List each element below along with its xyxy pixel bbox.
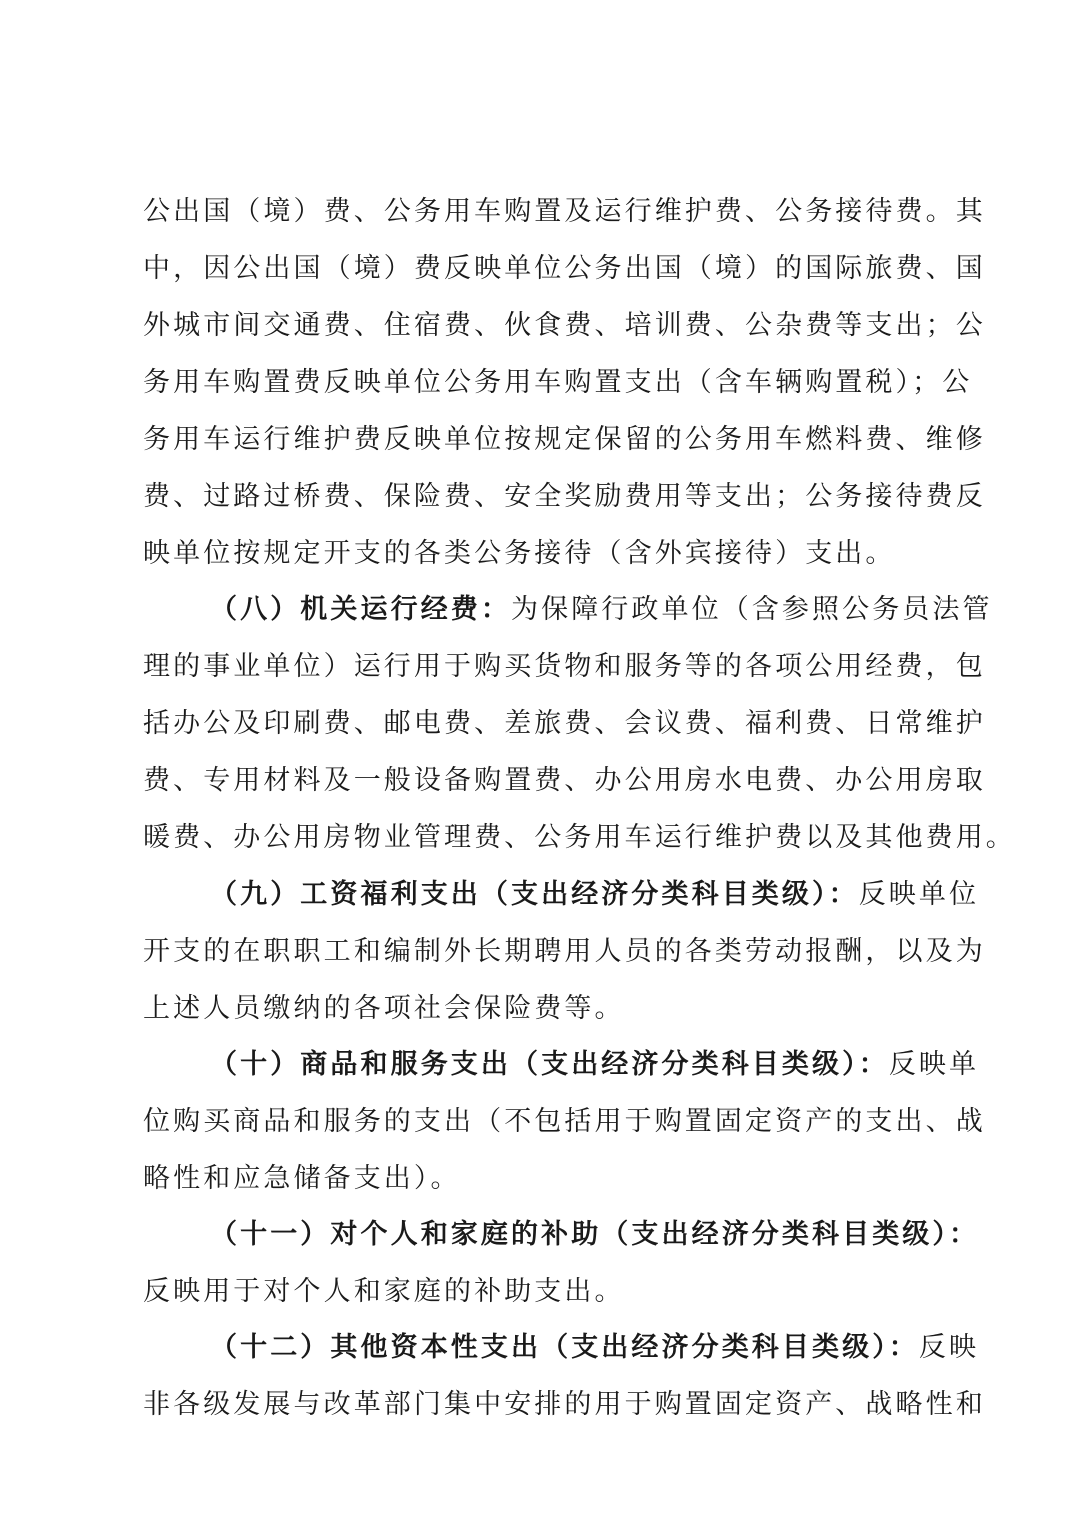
paragraph-line: 费、专用材料及一般设备购置费、办公用房水电费、办公用房取 — [143, 761, 943, 801]
section-heading: （九）工资福利支出（支出经济分类科目类级）： — [210, 879, 859, 910]
paragraph-line: 开支的在职职工和编制外长期聘用人员的各类劳动报酬，以及为 — [143, 932, 943, 972]
paragraph-line: 括办公及印刷费、邮电费、差旅费、会议费、福利费、日常维护 — [143, 704, 943, 744]
paragraph-line: 上述人员缴纳的各项社会保险费等。 — [143, 989, 943, 1029]
section-text: 反映 — [919, 1332, 979, 1363]
section-9-first-line: （九）工资福利支出（支出经济分类科目类级）：反映单位 — [210, 875, 943, 915]
section-text: 反映单位 — [859, 879, 979, 910]
section-heading: （十二）其他资本性支出（支出经济分类科目类级）： — [210, 1332, 919, 1363]
section-8-first-line: （八）机关运行经费：为保障行政单位（含参照公务员法管 — [210, 590, 943, 630]
paragraph-line: 务用车运行维护费反映单位按规定保留的公务用车燃料费、维修 — [143, 420, 943, 460]
paragraph-line: 反映用于对个人和家庭的补助支出。 — [143, 1272, 943, 1312]
paragraph-line: 略性和应急储备支出）。 — [143, 1159, 943, 1199]
section-12-first-line: （十二）其他资本性支出（支出经济分类科目类级）：反映 — [210, 1328, 943, 1368]
paragraph-line: 务用车购置费反映单位公务用车购置支出（含车辆购置税）；公 — [143, 363, 943, 403]
paragraph-line: 位购买商品和服务的支出（不包括用于购置固定资产的支出、战 — [143, 1102, 943, 1142]
paragraph-line: 外城市间交通费、住宿费、伙食费、培训费、公杂费等支出；公 — [143, 306, 943, 346]
paragraph-line: 映单位按规定开支的各类公务接待（含外宾接待）支出。 — [143, 534, 943, 574]
paragraph-line: 理的事业单位）运行用于购买货物和服务等的各项公用经费，包 — [143, 647, 943, 687]
document-page: 公出国（境）费、公务用车购置及运行维护费、公务接待费。其 中，因公出国（境）费反… — [0, 0, 1074, 1520]
section-heading: （十）商品和服务支出（支出经济分类科目类级）： — [210, 1049, 889, 1080]
paragraph-line: 公出国（境）费、公务用车购置及运行维护费、公务接待费。其 — [143, 192, 943, 232]
section-text: 为保障行政单位（含参照公务员法管 — [511, 594, 993, 625]
section-heading: （八）机关运行经费： — [210, 594, 511, 625]
paragraph-line: 非各级发展与改革部门集中安排的用于购置固定资产、战略性和 — [143, 1385, 943, 1425]
section-text: 反映单 — [889, 1049, 979, 1080]
paragraph-line: 暖费、办公用房物业管理费、公务用车运行维护费以及其他费用。 — [143, 818, 943, 858]
section-11-first-line: （十一）对个人和家庭的补助（支出经济分类科目类级）： — [210, 1215, 943, 1255]
paragraph-line: 费、过路过桥费、保险费、安全奖励费用等支出；公务接待费反 — [143, 477, 943, 517]
section-10-first-line: （十）商品和服务支出（支出经济分类科目类级）：反映单 — [210, 1045, 943, 1085]
paragraph-line: 中，因公出国（境）费反映单位公务出国（境）的国际旅费、国 — [143, 249, 943, 289]
section-heading: （十一）对个人和家庭的补助（支出经济分类科目类级）： — [210, 1219, 979, 1250]
